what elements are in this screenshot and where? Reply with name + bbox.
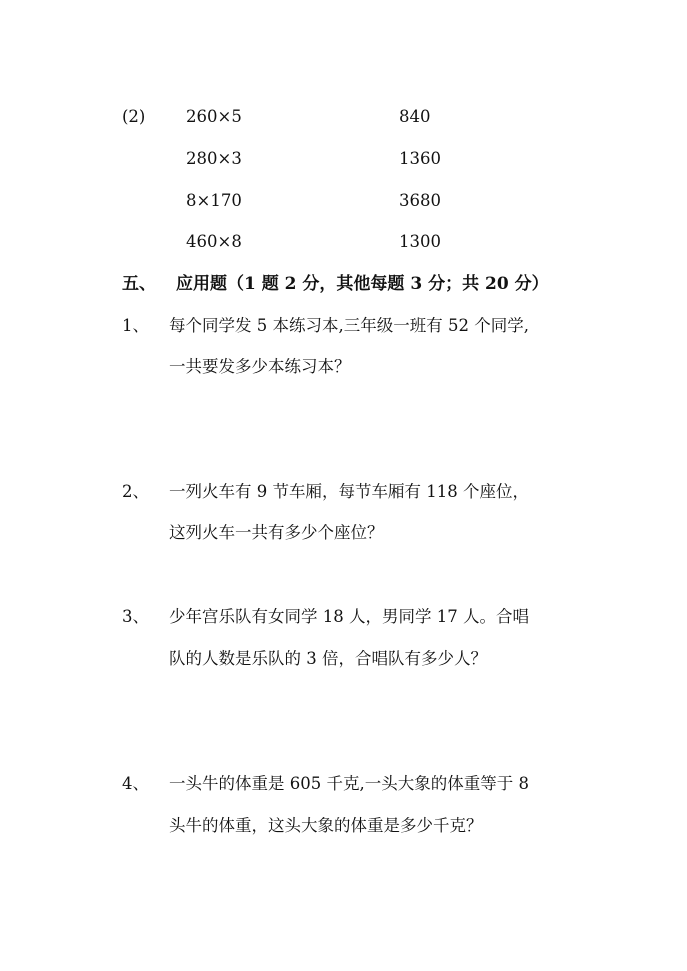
problem-number: 2、 (122, 482, 149, 502)
problem-number: 1、 (122, 316, 149, 336)
matching-expression: 260×5 (186, 107, 242, 127)
matching-expression: 8×170 (186, 191, 242, 211)
matching-result: 840 (399, 107, 431, 127)
problem-text-line: 一头牛的体重是 605 千克,一头大象的体重等于 8 (169, 774, 529, 794)
matching-result: 1300 (399, 232, 441, 252)
problem-text-line: 这列火车一共有多少个座位？ (169, 523, 384, 543)
problem-text-line: 少年宫乐队有女同学 18 人，男同学 17 人。合唱 (169, 607, 529, 627)
problem-text-line: 头牛的体重，这头大象的体重是多少千克？ (169, 816, 483, 836)
problem-text-line: 队的人数是乐队的 3 倍，合唱队有多少人？ (169, 649, 487, 669)
problem-text-line: 每个同学发 5 本练习本,三年级一班有 52 个同学, (169, 316, 529, 336)
problem-text-line: 一共要发多少本练习本？ (169, 357, 351, 377)
problem-number: 3、 (122, 607, 149, 627)
matching-expression: 460×8 (186, 232, 242, 252)
matching-label: (2) (122, 107, 145, 127)
matching-result: 3680 (399, 191, 441, 211)
matching-result: 1360 (399, 149, 441, 169)
problem-text-line: 一列火车有 9 节车厢，每节车厢有 118 个座位， (169, 482, 529, 502)
problem-number: 4、 (122, 774, 149, 794)
section-title: 应用题（1 题 2 分，其他每题 3 分；共 20 分） (176, 274, 549, 294)
matching-expression: 280×3 (186, 149, 242, 169)
section-number: 五、 (122, 274, 156, 294)
